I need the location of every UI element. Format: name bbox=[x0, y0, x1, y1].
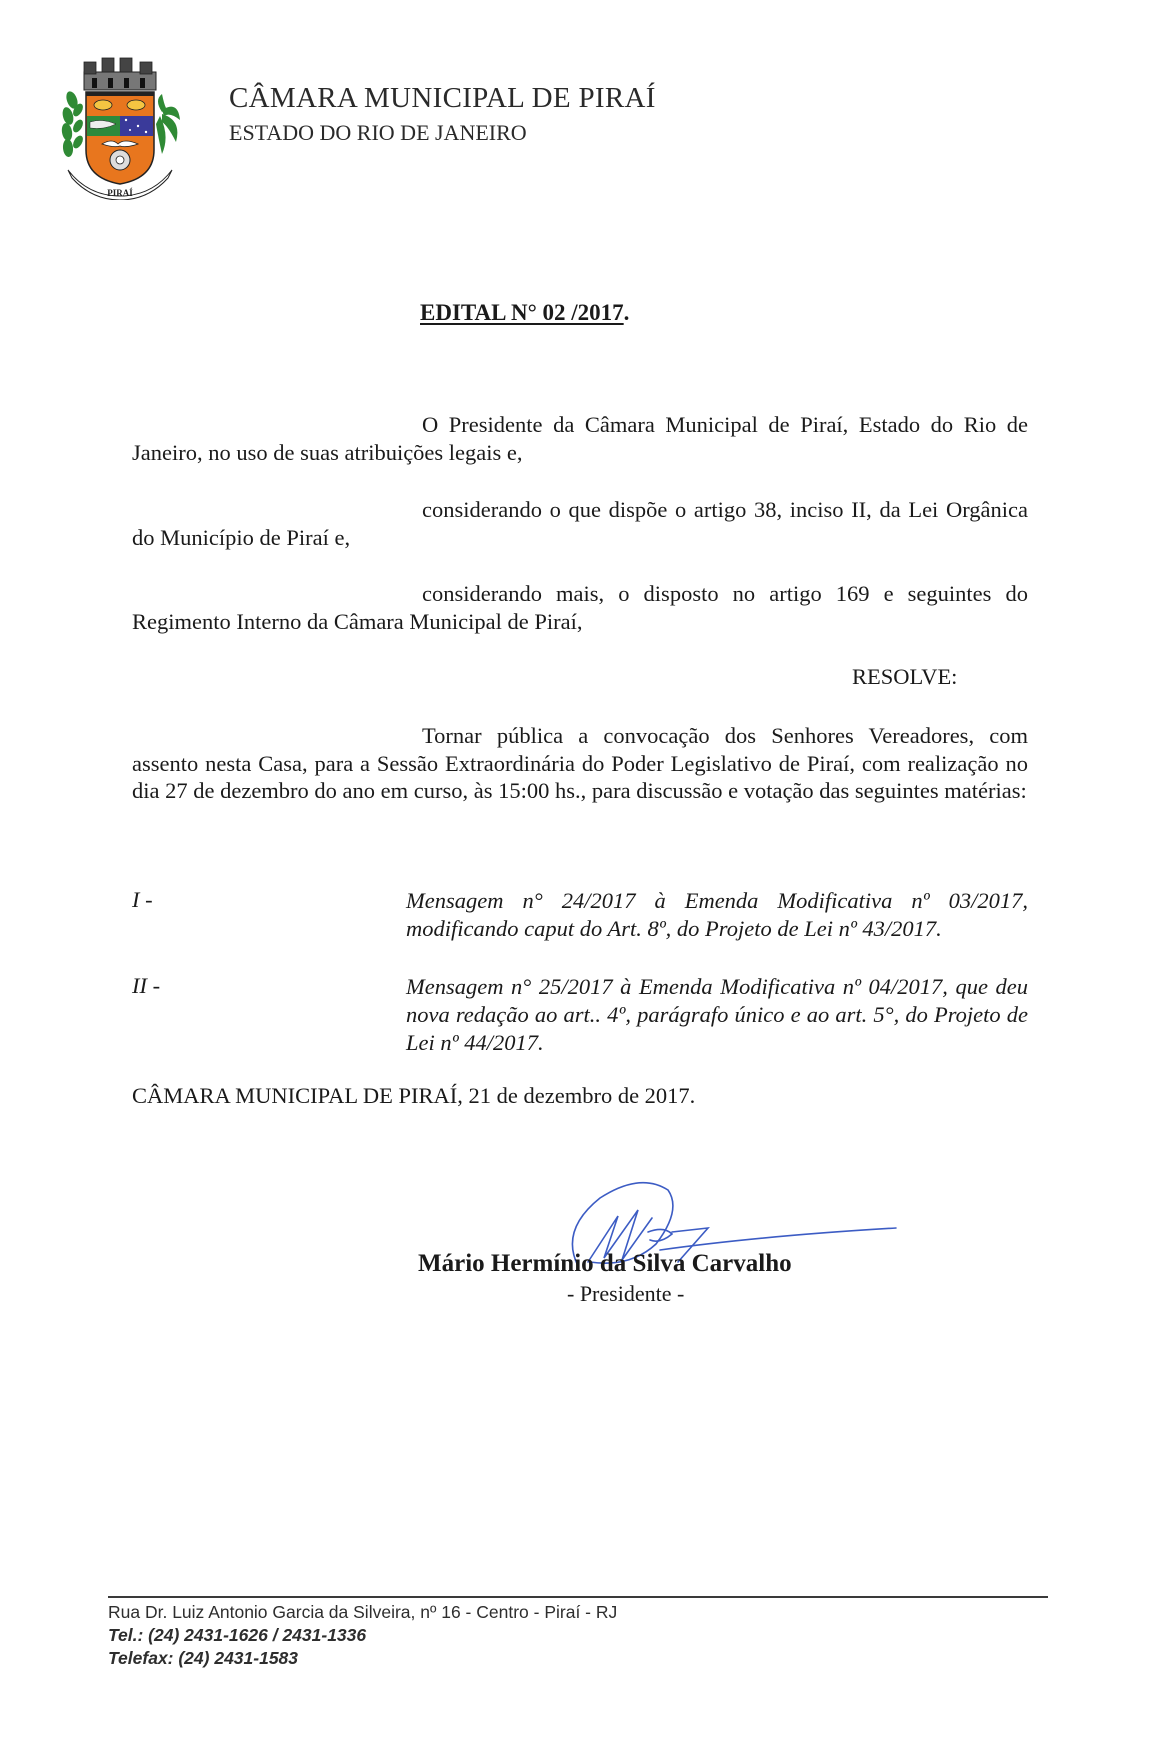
signer-name: Mário Hermínio da Silva Carvalho bbox=[418, 1250, 792, 1278]
footer-address: Rua Dr. Luiz Antonio Garcia da Silveira,… bbox=[108, 1602, 617, 1623]
paragraph-considering-1: considerando o que dispõe o artigo 38, i… bbox=[132, 496, 1028, 552]
paragraph-resolution: Tornar pública a convocação dos Senhores… bbox=[132, 722, 1028, 805]
paragraph-preamble-text: O Presidente da Câmara Municipal de Pira… bbox=[132, 412, 1028, 465]
resolve-heading: RESOLVE: bbox=[852, 664, 957, 690]
svg-text:PIRAÍ: PIRAÍ bbox=[107, 188, 133, 198]
item-text: Mensagem n° 24/2017 à Emenda Modificativ… bbox=[406, 887, 1028, 943]
coat-of-arms-icon: PIRAÍ bbox=[58, 50, 182, 200]
item-number: I - bbox=[132, 887, 153, 913]
paragraph-resolution-text: Tornar pública a convocação dos Senhores… bbox=[132, 723, 1028, 803]
footer-fax: Telefax: (24) 2431-1583 bbox=[108, 1648, 298, 1669]
organization-name: CÂMARA MUNICIPAL DE PIRAÍ bbox=[229, 82, 656, 115]
organization-state: ESTADO DO RIO DE JANEIRO bbox=[229, 120, 527, 146]
signer-role: - Presidente - bbox=[567, 1281, 684, 1307]
paragraph-preamble: O Presidente da Câmara Municipal de Pira… bbox=[132, 411, 1028, 467]
paragraph-considering-2: considerando mais, o disposto no artigo … bbox=[132, 580, 1028, 636]
item-number: II - bbox=[132, 973, 160, 999]
paragraph-considering-2-text: considerando mais, o disposto no artigo … bbox=[132, 581, 1028, 634]
document-title-suffix: . bbox=[624, 300, 630, 325]
item-text: Mensagem n° 25/2017 à Emenda Modificativ… bbox=[406, 973, 1028, 1057]
paragraph-considering-1-text: considerando o que dispõe o artigo 38, i… bbox=[132, 497, 1028, 550]
document-title-text: EDITAL N° 02 /2017 bbox=[420, 300, 624, 325]
document-title: EDITAL N° 02 /2017. bbox=[420, 300, 629, 326]
footer-divider bbox=[108, 1596, 1048, 1598]
footer-phone: Tel.: (24) 2431-1626 / 2431-1336 bbox=[108, 1625, 366, 1646]
dateline: CÂMARA MUNICIPAL DE PIRAÍ, 21 de dezembr… bbox=[132, 1083, 695, 1109]
